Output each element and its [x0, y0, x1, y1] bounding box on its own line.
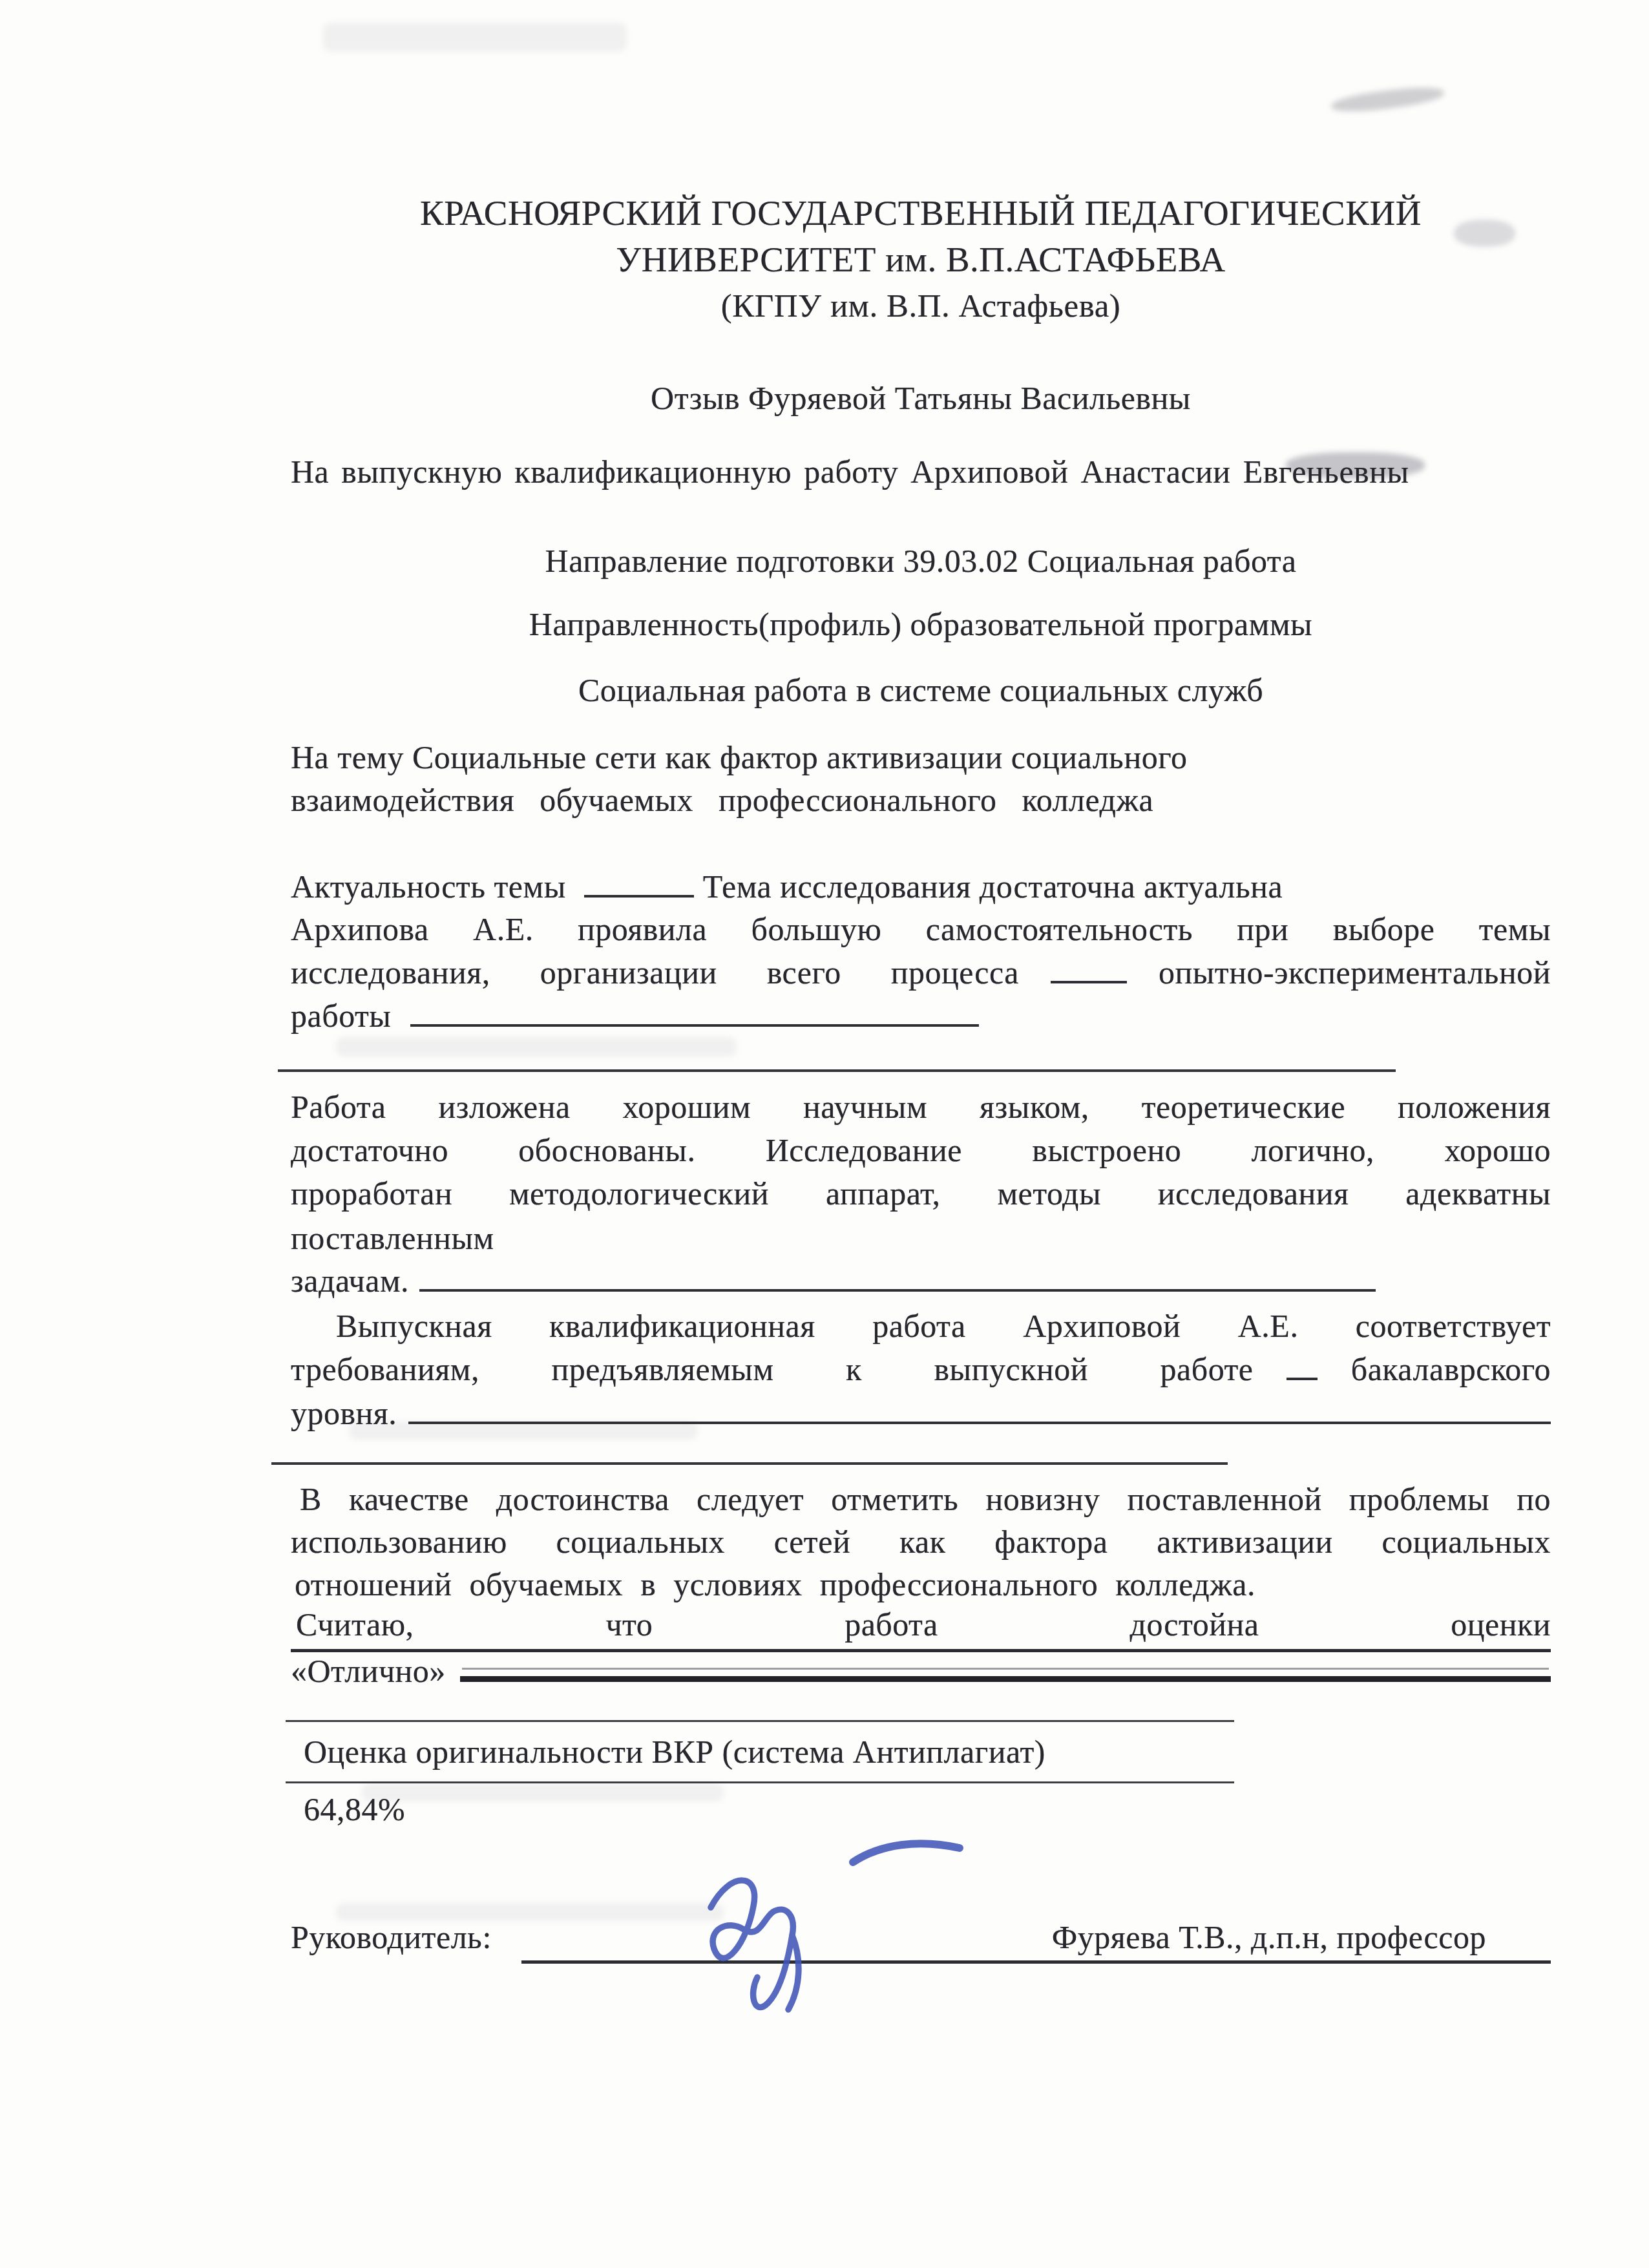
review-title: Отзыв Фуряевой Татьяны Васильевны — [291, 379, 1551, 417]
originality-value: 64,84% — [304, 1790, 1551, 1829]
compliance-word: предъявляемым — [551, 1350, 773, 1389]
quality-line-1: Работа изложена хорошим научным языком, … — [291, 1087, 1551, 1126]
relevance-word: организации — [540, 953, 717, 992]
compliance-line-1: Выпускная квалификационная работа Архипо… — [291, 1307, 1551, 1345]
program-direction: Направление подготовки 39.03.02 Социальн… — [291, 541, 1551, 580]
relevance-inline-blank — [1051, 976, 1127, 983]
quality-line-4: поставленным — [291, 1219, 1551, 1257]
quality-line-5-blank — [419, 1284, 1376, 1292]
relevance-word: всего — [767, 953, 841, 992]
relevance-line-3: исследования, организации всего процесса… — [291, 953, 1551, 992]
signature-main-stroke — [711, 1880, 793, 2007]
merits-line-1: В качестве достоинства следует отметить … — [291, 1480, 1551, 1518]
signature-flourish-stroke — [853, 1843, 960, 1862]
compliance-inline-blank — [1287, 1372, 1318, 1380]
topic-line-1: На тему Социальные сети как фактор актив… — [291, 738, 1551, 777]
compliance-word: работе — [1161, 1350, 1254, 1389]
university-name-line1: КРАСНОЯРСКИЙ ГОСУДАРСТВЕННЫЙ ПЕДАГОГИЧЕС… — [291, 194, 1551, 233]
university-name-line2: УНИВЕРСИТЕТ им. В.П.АСТАФЬЕВА — [291, 240, 1551, 279]
compliance-word: требованиям, — [291, 1350, 479, 1389]
relevance-line-2: Архипова А.Е. проявила большую самостоят… — [291, 910, 1551, 949]
grade-label: «Отлично» — [291, 1652, 446, 1690]
relevance-word: процесса — [891, 953, 1019, 992]
relevance-line-4: работы — [291, 996, 1551, 1035]
compliance-word: к — [846, 1350, 862, 1389]
scanned-review-page: КРАСНОЯРСКИЙ ГОСУДАРСТВЕННЫЙ ПЕДАГОГИЧЕС… — [0, 0, 1649, 2268]
relevance-value: Тема исследования достаточна актуальна — [703, 867, 1283, 906]
verdict-line: Считаю, что работа достойна оценки — [291, 1605, 1551, 1652]
grade-line: «Отлично» — [291, 1652, 1551, 1690]
quality-line-5-text: задачам. — [291, 1261, 409, 1300]
merits-line-3: отношений обучаемых в условиях профессио… — [291, 1565, 1551, 1604]
relevance-label: Актуальность темы — [291, 867, 566, 906]
quality-line-5: задачам. — [291, 1261, 1551, 1300]
relevance-word: исследования, — [291, 953, 490, 992]
merits-line-2: использованию социальных сетей как факто… — [291, 1522, 1551, 1561]
relevance-line-4-text: работы — [291, 996, 391, 1035]
signature-scribble — [627, 1835, 1027, 2029]
compliance-line-2-last: бакалаврского — [1351, 1350, 1551, 1389]
compliance-line-3-blank — [408, 1416, 1551, 1424]
relevance-blank — [584, 890, 694, 898]
originality-box: Оценка оригинальности ВКР (система Антип… — [286, 1720, 1234, 1783]
signature-name: Фуряева Т.В., д.п.н, профессор — [1052, 1918, 1486, 1957]
quality-line-3: проработан методологический аппарат, мет… — [291, 1174, 1551, 1213]
university-abbreviation: (КГПУ им. В.П. Астафьева) — [291, 287, 1551, 326]
topic-line-2: взаимодействия обучаемых профессионально… — [291, 781, 1551, 819]
compliance-line-3-text: уровня. — [291, 1394, 397, 1433]
compliance-word: выпускной — [934, 1350, 1087, 1389]
relevance-line-4-blank — [410, 1019, 979, 1027]
relevance-line-3-last: опытно-экспериментальной — [1159, 953, 1551, 992]
grade-underline — [460, 1670, 1551, 1682]
program-profile-label: Направленность(профиль) образовательной … — [291, 605, 1551, 644]
program-profile-value: Социальная работа в системе социальных с… — [291, 671, 1551, 709]
horizontal-rule-2 — [271, 1462, 1228, 1465]
compliance-line-3: уровня. — [291, 1394, 1551, 1433]
quality-line-2: достаточно обоснованы. Исследование выст… — [291, 1131, 1551, 1170]
horizontal-rule-1 — [278, 1069, 1396, 1072]
originality-label: Оценка оригинальности ВКР (система Антип… — [304, 1734, 1045, 1770]
signature-role-label: Руководитель: — [291, 1918, 521, 1957]
work-line: На выпускную квалификационную работу Арх… — [291, 452, 1551, 491]
relevance-line-1: Актуальность темы Тема исследования дост… — [291, 867, 1551, 906]
compliance-line-2: требованиям, предъявляемым к выпускной р… — [291, 1350, 1551, 1389]
